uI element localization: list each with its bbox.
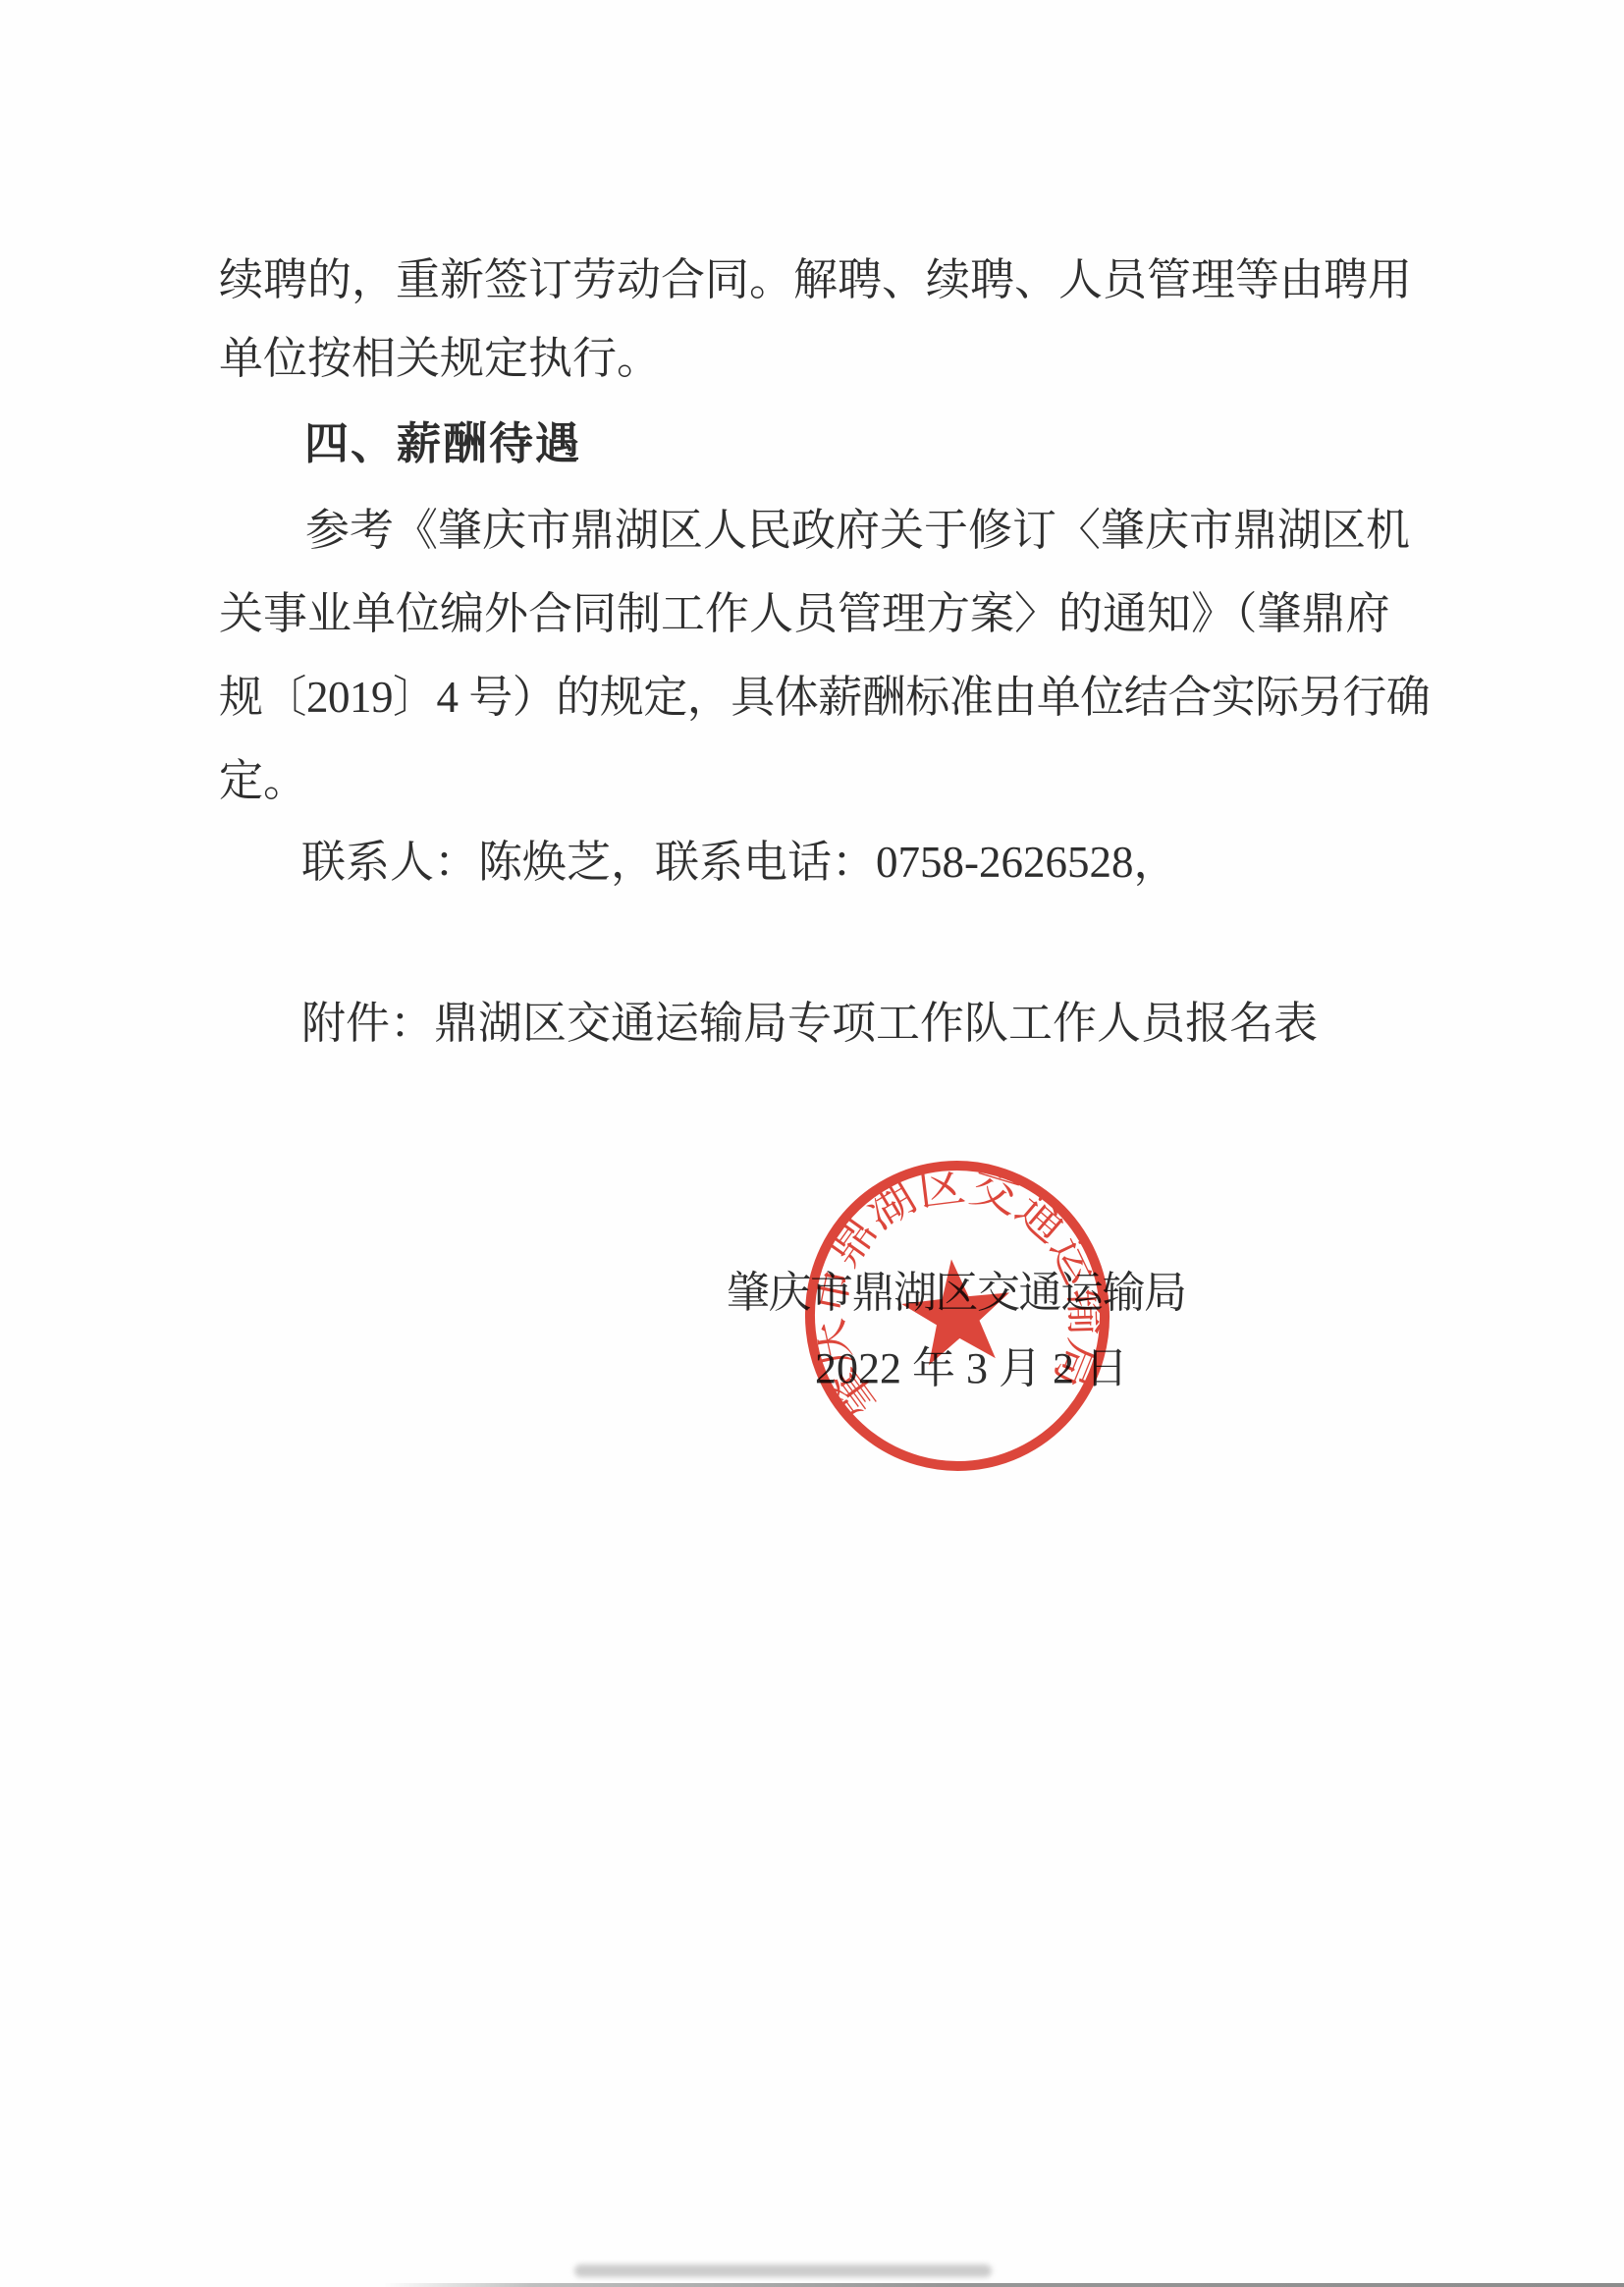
scan-artifact-smudge [574, 2264, 992, 2277]
section-heading: 四、薪酬待遇 [304, 421, 581, 466]
scan-artifact-edge-line [383, 2283, 1624, 2287]
body-line: 定。 [219, 758, 307, 803]
body-line: 规〔2019〕4 号）的规定，具体薪酬标准由单位结合实际另行确 [219, 675, 1430, 720]
body-line: 关事业单位编外合同制工作人员管理方案〉的通知》（肇鼎府 [219, 591, 1390, 636]
scanned-document-page: 续聘的，重新签订劳动合同。解聘、续聘、人员管理等由聘用 单位按相关规定执行。 四… [0, 0, 1624, 2287]
contact-line: 联系人：陈焕芝，联系电话：0758-2626528， [301, 840, 1178, 885]
body-line: 单位按相关规定执行。 [219, 336, 661, 381]
body-line: 续聘的，重新签订劳动合同。解聘、续聘、人员管理等由聘用 [219, 257, 1412, 302]
body-line: 参考《肇庆市鼎湖区人民政府关于修订〈肇庆市鼎湖区机 [305, 508, 1410, 553]
seal-star [897, 1254, 1016, 1368]
official-seal: 肇庆市鼎湖区交通运输局 [752, 1111, 1163, 1521]
attachment-line: 附件：鼎湖区交通运输局专项工作队工作人员报名表 [301, 1001, 1318, 1046]
